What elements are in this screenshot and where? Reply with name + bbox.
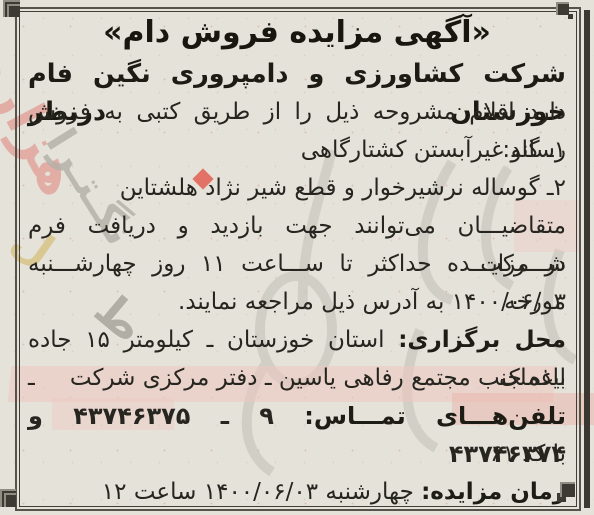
corner-ornament-top-right xyxy=(556,2,569,15)
newspaper-ad-scan: هزاره نگـتـرا ط ل «آگهی مزایده فروش دام»… xyxy=(0,0,594,515)
corner-ornament-top-left xyxy=(3,0,20,17)
body-line-3: ۱۴۰۰/۰۶/۰۳ به آدرس ذیل مراجعه نمایند. xyxy=(28,283,566,321)
ad-title: «آگهی مزایده فروش دام» xyxy=(28,10,566,55)
time-line: زمان مزایده: چهارشنبه ۱۴۰۰/۰۶/۰۳ ساعت ۱۲ xyxy=(28,473,566,511)
area-code-line: با کد ۰۶۱ xyxy=(28,435,566,473)
phones-line: تلفن‌هـــای تمـــاس: ۹ ـ ۴۳۷۴۶۳۷۵ و ۴۳۷۴… xyxy=(28,397,566,435)
ad-content: «آگهی مزایده فروش دام» شرکت کشاورزی و دا… xyxy=(28,10,566,511)
body-line-1: متقاضیـــان می‌توانند جهت بازدید و دریاف… xyxy=(28,207,566,245)
time-label: زمان مزایده: xyxy=(421,479,566,505)
phones-label: تلفن‌هـــای تمـــاس: xyxy=(304,402,566,430)
intro-line: دارد اقلام مشروحه ذیل را از طریق کتبی به… xyxy=(28,93,566,131)
corner-ornament-bottom-left xyxy=(0,489,16,507)
time-text: چهارشنبه ۱۴۰۰/۰۶/۰۳ ساعت ۱۲ xyxy=(102,479,414,505)
venue-line-2: ایذه جنب مجتمع رفاهی یاسین ـ دفتر مرکزی … xyxy=(28,359,566,397)
venue-line: محل برگزاری: استان خوزستان ـ کیلومتر ۱۵ … xyxy=(28,321,566,359)
thick-right-border xyxy=(584,10,590,508)
venue-label: محل برگزاری: xyxy=(398,327,566,353)
body-line-2: در مزایـــده حداکثر تا ســـاعت ۱۱ روز چه… xyxy=(28,245,566,283)
company-line: شرکت کشاورزی و دامپروری نگین فام خوزستان… xyxy=(28,55,566,93)
corner-ornament-bottom-right xyxy=(560,482,575,497)
item-1: ۱ـ گاو غیرآبستن کشتارگاهی xyxy=(28,131,566,169)
item-2: ۲ـ گوساله نرشیرخوار و قطع شیر نژاد هلشتا… xyxy=(28,169,566,207)
